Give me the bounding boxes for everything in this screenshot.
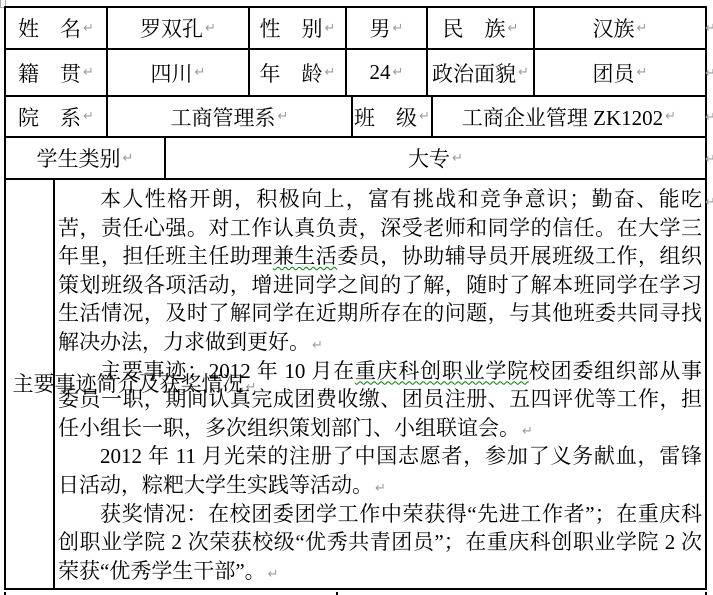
paragraph-mark-icon: ↵: [419, 110, 430, 123]
class-value: 工商企业管理 ZK1202: [462, 102, 663, 132]
paragraph-mark-icon: ↵: [325, 22, 336, 35]
deeds-paragraph-3: 2012 年 11 月光荣的注册了中国志愿者，参加了义务献血，雷锋日活动，粽粑大…: [58, 442, 702, 499]
row-end-mark-icon: ↵: [705, 22, 713, 35]
paragraph-mark-icon: ↵: [452, 152, 463, 165]
department-value-cell: 工商管理系↵: [108, 97, 353, 138]
word-document-page: 姓 名↵ 罗双孔↵ 性 别↵ 男↵ 民 族↵ 汉族↵ 籍 贯↵ 四川↵ 年 龄↵…: [0, 0, 713, 595]
paragraph-mark-icon: ↵: [268, 567, 279, 582]
ethnicity-value-cell: 汉族↵: [535, 8, 705, 50]
native-place-value-cell: 四川↵: [108, 50, 250, 97]
age-value-cell: 24↵: [347, 50, 428, 97]
paragraph-mark-icon: ↵: [637, 22, 648, 35]
body-text-segment: 主要事迹：2012 年 10 月在: [100, 359, 355, 383]
ethnicity-label-cell: 民 族↵: [428, 8, 535, 50]
row-end-mark-icon: ↵: [705, 111, 713, 124]
deeds-text-cell: 本人性格开朗，积极向上，富有挑战和竞争意识；勤奋、能吃苦，责任心强。对工作认真负…: [55, 180, 705, 588]
spellcheck-wavy-segment: 重庆科创职业学院: [355, 359, 529, 383]
student-info-table: 姓 名↵ 罗双孔↵ 性 别↵ 男↵ 民 族↵ 汉族↵ 籍 贯↵ 四川↵ 年 龄↵…: [4, 6, 707, 590]
age-value: 24: [370, 60, 391, 85]
paragraph-mark-icon: ↵: [637, 66, 648, 79]
political-status-value-cell: 团员↵: [535, 50, 705, 97]
paragraph-mark-icon: ↵: [375, 481, 386, 496]
paragraph-mark-icon: ↵: [522, 424, 533, 439]
paragraph-mark-icon: ↵: [123, 152, 134, 165]
row-end-mark-icon: ↵: [705, 196, 713, 209]
name-value-cell: 罗双孔↵: [108, 8, 250, 50]
name-label: 姓 名: [18, 13, 81, 43]
spellcheck-wavy-segment: 兼生活: [273, 244, 337, 268]
paragraph-mark-icon: ↵: [312, 338, 323, 353]
class-value-cell: 工商企业管理 ZK1202↵: [433, 97, 705, 138]
native-place-label: 籍 贯: [18, 58, 81, 88]
paragraph-mark-icon: ↵: [83, 22, 94, 35]
ethnicity-value: 汉族: [593, 13, 635, 43]
row-end-mark-icon: ↵: [705, 153, 713, 166]
gender-value: 男: [370, 13, 391, 43]
department-value: 工商管理系: [171, 102, 276, 132]
paragraph-mark-icon: ↵: [205, 22, 216, 35]
paragraph-mark-icon: ↵: [518, 66, 529, 79]
ethnicity-label: 民 族: [443, 13, 506, 43]
native-place-label-cell: 籍 贯↵: [6, 50, 108, 97]
deeds-side-label-cell: 主要事迹简介及获奖情况↵: [6, 180, 55, 588]
deeds-paragraph-2: 主要事迹：2012 年 10 月在重庆科创职业学院校团委组织部从事委员一职，期间…: [58, 357, 702, 443]
department-label: 院 系: [18, 102, 81, 132]
deeds-paragraph-4: 获奖情况：在校团委团学工作中荣获得“先进工作者”；在重庆科创职业学院 2 次荣获…: [58, 500, 702, 586]
row-end-mark-icon: ↵: [705, 67, 713, 80]
paragraph-mark-icon: ↵: [195, 66, 206, 79]
political-status-value: 团员: [593, 58, 635, 88]
gender-value-cell: 男↵: [347, 8, 428, 50]
deeds-paragraph-1: 本人性格开朗，积极向上，富有挑战和竞争意识；勤奋、能吃苦，责任心强。对工作认真负…: [58, 185, 702, 357]
student-type-label: 学生类别: [37, 143, 121, 173]
political-status-label: 政治面貌: [432, 58, 516, 88]
class-label: 班 级: [354, 102, 417, 132]
student-type-value-cell: 大专↵: [166, 138, 705, 180]
class-label-cell: 班 级↵: [353, 97, 433, 138]
gender-label: 性 别: [260, 13, 323, 43]
department-label-cell: 院 系↵: [6, 97, 108, 138]
age-label: 年 龄: [260, 58, 323, 88]
name-value: 罗双孔: [140, 13, 203, 43]
native-place-value: 四川: [151, 58, 193, 88]
paragraph-mark-icon: ↵: [83, 110, 94, 123]
age-label-cell: 年 龄↵: [250, 50, 347, 97]
political-status-label-cell: 政治面貌↵: [428, 50, 535, 97]
name-label-cell: 姓 名↵: [6, 8, 108, 50]
student-type-value: 大专: [408, 143, 450, 173]
gender-label-cell: 性 别↵: [250, 8, 347, 50]
paragraph-mark-icon: ↵: [393, 22, 404, 35]
body-text-segment: 获奖情况：在校团委团学工作中荣获得“先进工作者”；在重庆科创职业学院 2 次荣获…: [58, 502, 702, 583]
student-type-label-cell: 学生类别↵: [6, 138, 166, 180]
paragraph-mark-icon: ↵: [83, 66, 94, 79]
paragraph-mark-icon: ↵: [665, 110, 676, 123]
paragraph-mark-icon: ↵: [325, 66, 336, 79]
paragraph-mark-icon: ↵: [393, 66, 404, 79]
paragraph-mark-icon: ↵: [278, 110, 289, 123]
paragraph-mark-icon: ↵: [508, 22, 519, 35]
